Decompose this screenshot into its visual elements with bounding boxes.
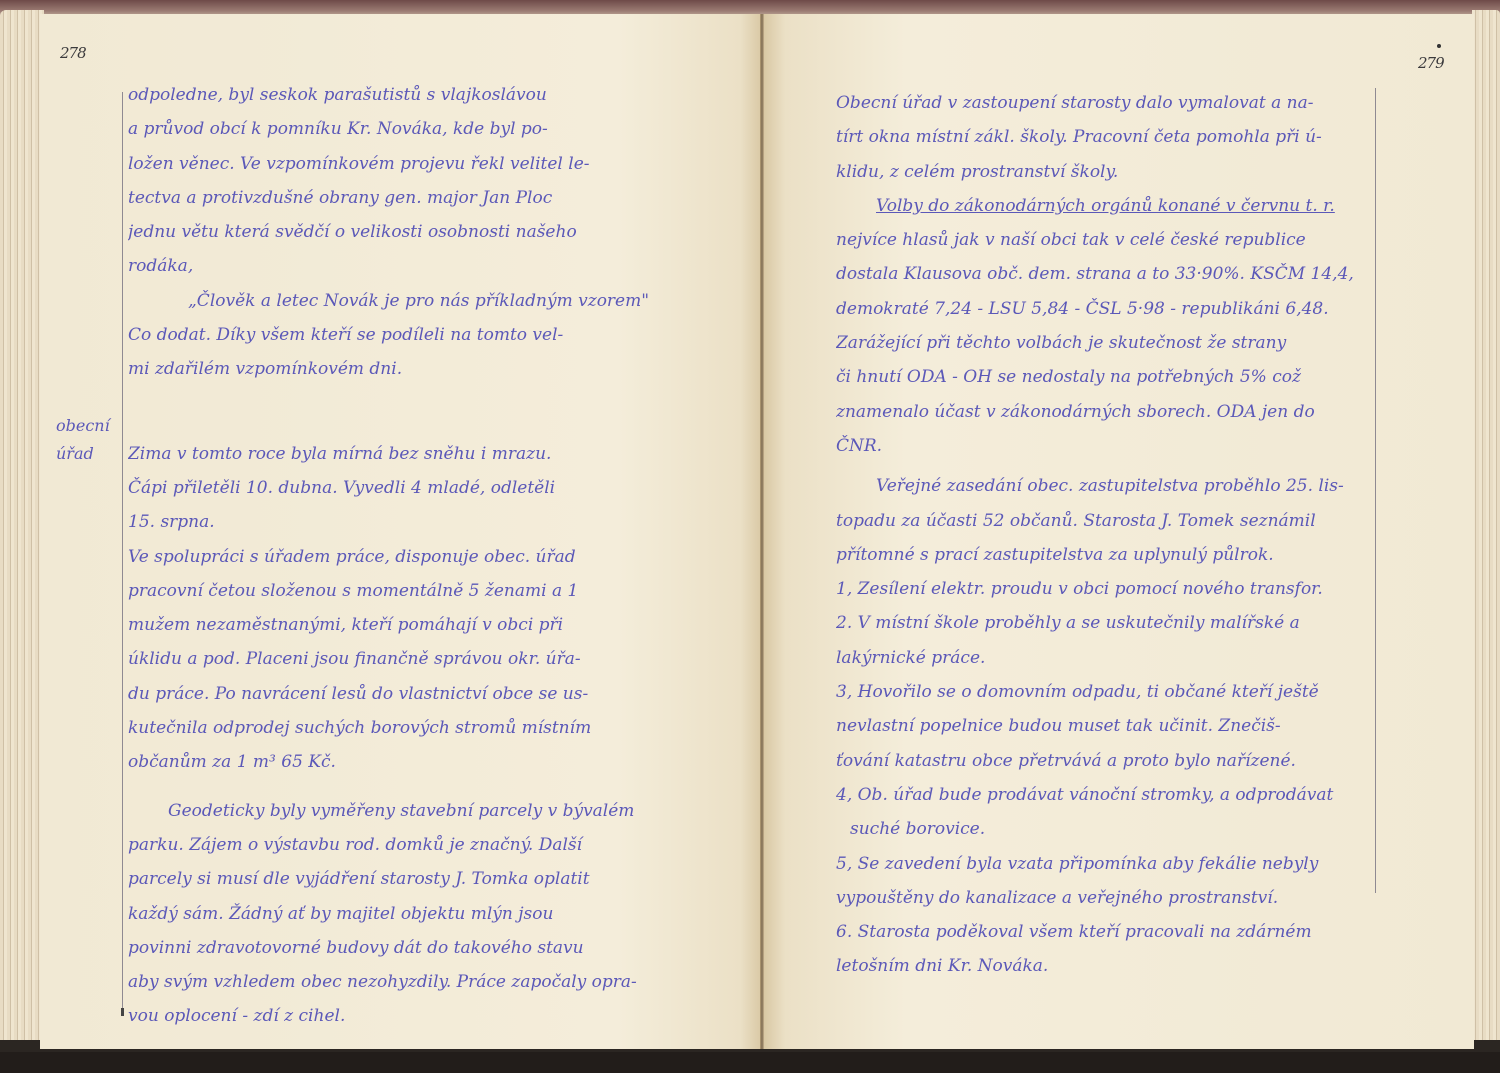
quote-line: „Člověk a letec Novák je pro nás příklad… [128, 284, 708, 318]
text-line: jednu větu která svědčí o velikosti osob… [128, 215, 708, 249]
left-page-text: odpoledne, byl seskok parašutistů s vlaj… [128, 78, 708, 1034]
text-line: letošním dni Kr. Nováka. [836, 949, 1376, 983]
margin-rule-end-mark [121, 1008, 124, 1016]
text-line: du práce. Po navrácení lesů do vlastnict… [128, 677, 708, 711]
text-line: vou oplocení - zdí z cihel. [128, 999, 708, 1033]
book-bottom-shadow [0, 1052, 1500, 1073]
text-line: mužem nezaměstnanými, kteří pomáhají v o… [128, 608, 708, 642]
text-line: Zarážející při těchto volbách je skutečn… [836, 326, 1376, 360]
margin-note-obecni-urad: obecní úřad [56, 412, 110, 468]
text-line: úklidu a pod. Placeni jsou finančně sprá… [128, 642, 708, 676]
ink-dot [1437, 44, 1441, 48]
text-line: či hnutí ODA - OH se nedostaly na potřeb… [836, 360, 1376, 394]
text-line: každý sám. Žádný ať by majitel objektu m… [128, 897, 708, 931]
left-page-stack [0, 10, 44, 1040]
text-line: Co dodat. Díky všem kteří se podíleli na… [128, 318, 708, 352]
list-item: 5, Se zavedení byla vzata připomínka aby… [836, 847, 1376, 881]
text-line: odpoledne, byl seskok parašutistů s vlaj… [128, 78, 708, 112]
underlined-text: Volby do zákonodárných orgánů konané v č… [876, 196, 1335, 216]
margin-note-line: úřad [56, 440, 110, 468]
text-line: Obecní úřad v zastoupení starosty dalo v… [836, 86, 1376, 120]
text-line: ČNR. [836, 429, 1376, 463]
right-page-number: 279 [1418, 54, 1444, 72]
list-item: 6. Starosta poděkoval všem kteří pracova… [836, 915, 1376, 949]
text-line: aby svým vzhledem obec nezohyzdily. Prác… [128, 965, 708, 999]
text-line: vypouštěny do kanalizace a veřejného pro… [836, 881, 1376, 915]
text-line: parku. Zájem o výstavbu rod. domků je zn… [128, 828, 708, 862]
book-spine [760, 14, 764, 1049]
list-item: 2. V místní škole proběhly a se uskutečn… [836, 606, 1376, 640]
text-line: lakýrnické práce. [836, 641, 1376, 675]
text-line: ložen věnec. Ve vzpomínkovém projevu řek… [128, 147, 708, 181]
text-line: kutečnila odprodej suchých borových stro… [128, 711, 708, 745]
margin-note-line: obecní [56, 412, 110, 440]
right-page-text: Obecní úřad v zastoupení starosty dalo v… [836, 86, 1376, 984]
text-line: povinni zdravotovorné budovy dát do tako… [128, 931, 708, 965]
text-line: občanům za 1 m³ 65 Kč. [128, 745, 708, 779]
text-line: demokraté 7,24 - LSU 5,84 - ČSL 5·98 - r… [836, 292, 1376, 326]
right-page-stack [1472, 10, 1500, 1040]
text-line: Ve spolupráci s úřadem práce, disponuje … [128, 540, 708, 574]
text-line: mi zdařilém vzpomínkovém dni. [128, 352, 708, 386]
text-line: Zima v tomto roce byla mírná bez sněhu i… [128, 437, 708, 471]
text-line: ťování katastru obce přetrvává a proto b… [836, 744, 1376, 778]
text-line: znamenalo účast v zákonodárných sborech.… [836, 395, 1376, 429]
text-line: přítomné s prací zastupitelstva za uplyn… [836, 538, 1376, 572]
text-line: Veřejné zasedání obec. zastupitelstva pr… [836, 469, 1376, 503]
text-line: nevlastní popelnice budou muset tak učin… [836, 709, 1376, 743]
text-line: a průvod obcí k pomníku Kr. Nováka, kde … [128, 112, 708, 146]
text-line: parcely si musí dle vyjádření starosty J… [128, 862, 708, 896]
text-line: suché borovice. [836, 812, 1376, 846]
text-line: Geodeticky byly vyměřeny stavební parcel… [128, 794, 708, 828]
text-line: pracovní četou složenou s momentálně 5 ž… [128, 574, 708, 608]
text-line: tectva a protivzdušné obrany gen. major … [128, 181, 708, 215]
heading-line-volby: Volby do zákonodárných orgánů konané v č… [836, 189, 1376, 223]
text-line: Čápi přiletěli 10. dubna. Vyvedli 4 mlad… [128, 471, 708, 505]
list-item: 4, Ob. úřad bude prodávat vánoční stromk… [836, 778, 1376, 812]
text-line: tírt okna místní zákl. školy. Pracovní č… [836, 120, 1376, 154]
left-page-number: 278 [60, 44, 86, 62]
left-margin-rule [122, 92, 123, 1012]
text-line: dostala Klausova obč. dem. strana a to 3… [836, 257, 1376, 291]
text-line: topadu za účasti 52 občanů. Starosta J. … [836, 504, 1376, 538]
text-line: rodáka, [128, 249, 708, 283]
text-line: klidu, z celém prostranství školy. [836, 155, 1376, 189]
list-item: 3, Hovořilo se o domovním odpadu, ti obč… [836, 675, 1376, 709]
text-line: 15. srpna. [128, 505, 708, 539]
text-line: nejvíce hlasů jak v naší obci tak v celé… [836, 223, 1376, 257]
list-item: 1, Zesílení elektr. proudu v obci pomocí… [836, 572, 1376, 606]
